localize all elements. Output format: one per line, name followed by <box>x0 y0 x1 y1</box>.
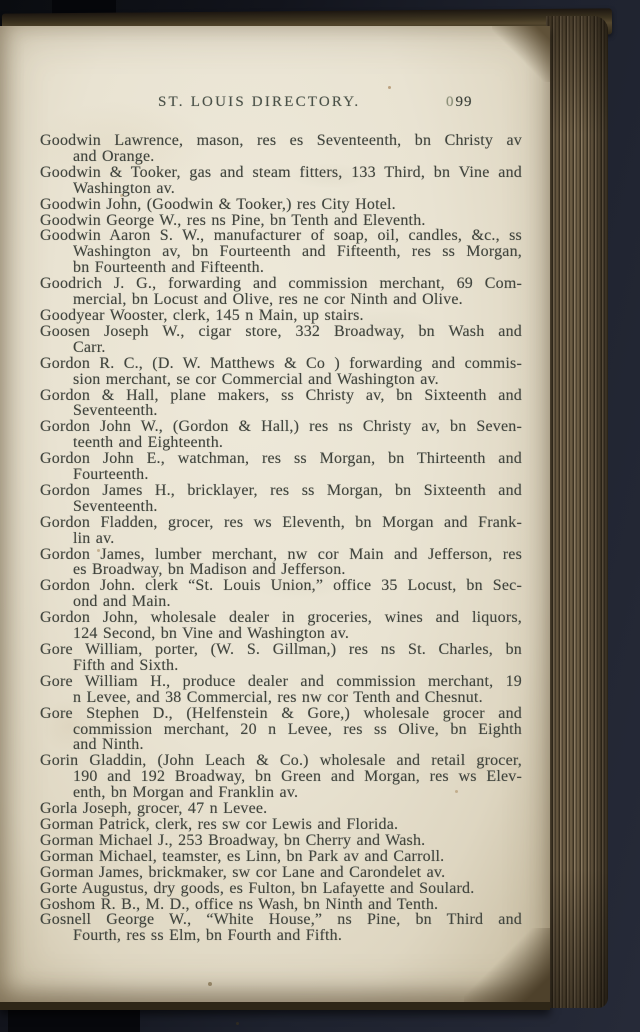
directory-entry: Gordon John, wholesale dealer in groceri… <box>40 610 522 642</box>
entry-line: Goshom R. B., M. D., office ns Wash, bn … <box>40 897 522 913</box>
entry-line: es Broadway, bn Madison and Jefferson. <box>40 562 522 578</box>
page-corner-bottom-right <box>464 928 550 1002</box>
entry-line: and Orange. <box>40 149 522 165</box>
entry-line: Goodrich J. G., forwarding and commissio… <box>40 276 522 292</box>
entry-line: Gore Stephen D., (Helfenstein & Gore,) w… <box>40 706 522 722</box>
entry-line: mercial, bn Locust and Olive, res ne cor… <box>40 292 522 308</box>
directory-entry: Goodwin George W., res ns Pine, bn Tenth… <box>40 213 522 229</box>
entry-line: n Levee, and 38 Commercial, res nw cor T… <box>40 690 522 706</box>
entry-line: Gordon John E., watchman, res ss Morgan,… <box>40 451 522 467</box>
directory-entry: Gorin Gladdin, (John Leach & Co.) wholes… <box>40 753 522 801</box>
directory-entry: Gordon James H., bricklayer, res ss Morg… <box>40 483 522 515</box>
directory-entry: Gorman Michael, teamster, es Linn, bn Pa… <box>40 849 522 865</box>
entry-line: sion merchant, se cor Commercial and Was… <box>40 372 522 388</box>
entry-line: Gordon John, wholesale dealer in groceri… <box>40 610 522 626</box>
entry-line: Goodwin Aaron S. W., manufacturer of soa… <box>40 228 522 244</box>
directory-entry: Goodyear Wooster, clerk, 145 n Main, up … <box>40 308 522 324</box>
entry-line: Seventeenth. <box>40 499 522 515</box>
entry-line: Goodyear Wooster, clerk, 145 n Main, up … <box>40 308 522 324</box>
ghost-digit: 0 <box>446 94 455 110</box>
entry-line: commission merchant, 20 n Levee, res ss … <box>40 722 522 738</box>
directory-entry: Gore William H., produce dealer and comm… <box>40 674 522 706</box>
entry-line: Gordon James, lumber merchant, nw cor Ma… <box>40 547 522 563</box>
directory-entry: Gordon R. C., (D. W. Matthews & Co ) for… <box>40 356 522 388</box>
directory-entry: Goodwin John, (Goodwin & Tooker,) res Ci… <box>40 197 522 213</box>
entry-line: Goodwin George W., res ns Pine, bn Tenth… <box>40 213 522 229</box>
entry-line: Goodwin John, (Goodwin & Tooker,) res Ci… <box>40 197 522 213</box>
directory-entry: Gorman Michael J., 253 Broadway, bn Cher… <box>40 833 522 849</box>
entry-line: Gore William H., produce dealer and comm… <box>40 674 522 690</box>
entry-line: ond and Main. <box>40 594 522 610</box>
directory-entry: Goodwin Aaron S. W., manufacturer of soa… <box>40 228 522 276</box>
entry-line: Gorman James, brickmaker, sw cor Lane an… <box>40 865 522 881</box>
directory-entry: Gorte Augustus, dry goods, es Fulton, bn… <box>40 881 522 897</box>
entry-line: Fifth and Sixth. <box>40 658 522 674</box>
entry-line: Gorin Gladdin, (John Leach & Co.) wholes… <box>40 753 522 769</box>
scanned-book-photo: ST. LOUIS DIRECTORY. 099 Goodwin Lawrenc… <box>0 0 640 1032</box>
directory-entry: Gorla Joseph, grocer, 47 n Levee. <box>40 801 522 817</box>
directory-entry: Gorman Patrick, clerk, res sw cor Lewis … <box>40 817 522 833</box>
entry-line: Gosnell George W., “White House,” ns Pin… <box>40 912 522 928</box>
directory-entry: Goodwin & Tooker, gas and steam fitters,… <box>40 165 522 197</box>
page-number-value: 99 <box>456 94 473 110</box>
entry-line: Gorman Michael J., 253 Broadway, bn Cher… <box>40 833 522 849</box>
entry-line: Seventeenth. <box>40 403 522 419</box>
entry-line: Gore William, porter, (W. S. Gillman,) r… <box>40 642 522 658</box>
entry-line: teenth and Eighteenth. <box>40 435 522 451</box>
directory-entry: Gordon & Hall, plane makers, ss Christy … <box>40 388 522 420</box>
directory-entry: Gore William, porter, (W. S. Gillman,) r… <box>40 642 522 674</box>
page-header-title: ST. LOUIS DIRECTORY. <box>158 94 360 111</box>
entry-line: Fourteenth. <box>40 467 522 483</box>
directory-entry: Gordon John W., (Gordon & Hall,) res ns … <box>40 419 522 451</box>
entry-line: Carr. <box>40 340 522 356</box>
page-corner-top-right <box>492 26 550 82</box>
page-surface: ST. LOUIS DIRECTORY. 099 Goodwin Lawrenc… <box>0 26 550 1010</box>
directory-entry: Gordon John. clerk “St. Louis Union,” of… <box>40 578 522 610</box>
entry-line: enth, bn Morgan and Franklin av. <box>40 785 522 801</box>
stain-spot <box>388 86 391 89</box>
book-fore-edge <box>546 16 608 1008</box>
directory-entry: Gore Stephen D., (Helfenstein & Gore,) w… <box>40 706 522 754</box>
entry-line: Washington av. <box>40 181 522 197</box>
directory-entry: Goodrich J. G., forwarding and commissio… <box>40 276 522 308</box>
entry-line: Gorman Michael, teamster, es Linn, bn Pa… <box>40 849 522 865</box>
directory-entry: Goshom R. B., M. D., office ns Wash, bn … <box>40 897 522 913</box>
directory-entry: Gordon John E., watchman, res ss Morgan,… <box>40 451 522 483</box>
entry-line: Goosen Joseph W., cigar store, 332 Broad… <box>40 324 522 340</box>
entry-line: Gordon John W., (Gordon & Hall,) res ns … <box>40 419 522 435</box>
entry-line: Gorla Joseph, grocer, 47 n Levee. <box>40 801 522 817</box>
entry-line: Goodwin & Tooker, gas and steam fitters,… <box>40 165 522 181</box>
entry-line: 190 and 192 Broadway, bn Green and Morga… <box>40 769 522 785</box>
directory-entry: Goodwin Lawrence, mason, res es Seventee… <box>40 133 522 165</box>
stain-spot <box>208 982 212 986</box>
entry-line: Gorte Augustus, dry goods, es Fulton, bn… <box>40 881 522 897</box>
entry-line: 124 Second, bn Vine and Washington av. <box>40 626 522 642</box>
entry-line: Gorman Patrick, clerk, res sw cor Lewis … <box>40 817 522 833</box>
entry-line: Goodwin Lawrence, mason, res es Seventee… <box>40 133 522 149</box>
directory-entry: Gosnell George W., “White House,” ns Pin… <box>40 912 522 944</box>
directory-entries: Goodwin Lawrence, mason, res es Seventee… <box>40 133 522 944</box>
entry-line: lin av. <box>40 531 522 547</box>
entry-line: Gordon Fladden, grocer, res ws Eleventh,… <box>40 515 522 531</box>
entry-line: Fourth, res ss Elm, bn Fourth and Fifth. <box>40 928 522 944</box>
entry-line: Gordon James H., bricklayer, res ss Morg… <box>40 483 522 499</box>
entry-line: Washington av, bn Fourteenth and Fifteen… <box>40 244 522 260</box>
directory-entry: Gordon Fladden, grocer, res ws Eleventh,… <box>40 515 522 547</box>
directory-entry: Goosen Joseph W., cigar store, 332 Broad… <box>40 324 522 356</box>
directory-entry: Gordon James, lumber merchant, nw cor Ma… <box>40 547 522 579</box>
directory-entry: Gorman James, brickmaker, sw cor Lane an… <box>40 865 522 881</box>
page-number: 099 <box>446 94 473 111</box>
entry-line: Gordon & Hall, plane makers, ss Christy … <box>40 388 522 404</box>
entry-line: Gordon R. C., (D. W. Matthews & Co ) for… <box>40 356 522 372</box>
entry-line: bn Fourteenth and Fifteenth. <box>40 260 522 276</box>
entry-line: Gordon John. clerk “St. Louis Union,” of… <box>40 578 522 594</box>
entry-line: and Ninth. <box>40 737 522 753</box>
